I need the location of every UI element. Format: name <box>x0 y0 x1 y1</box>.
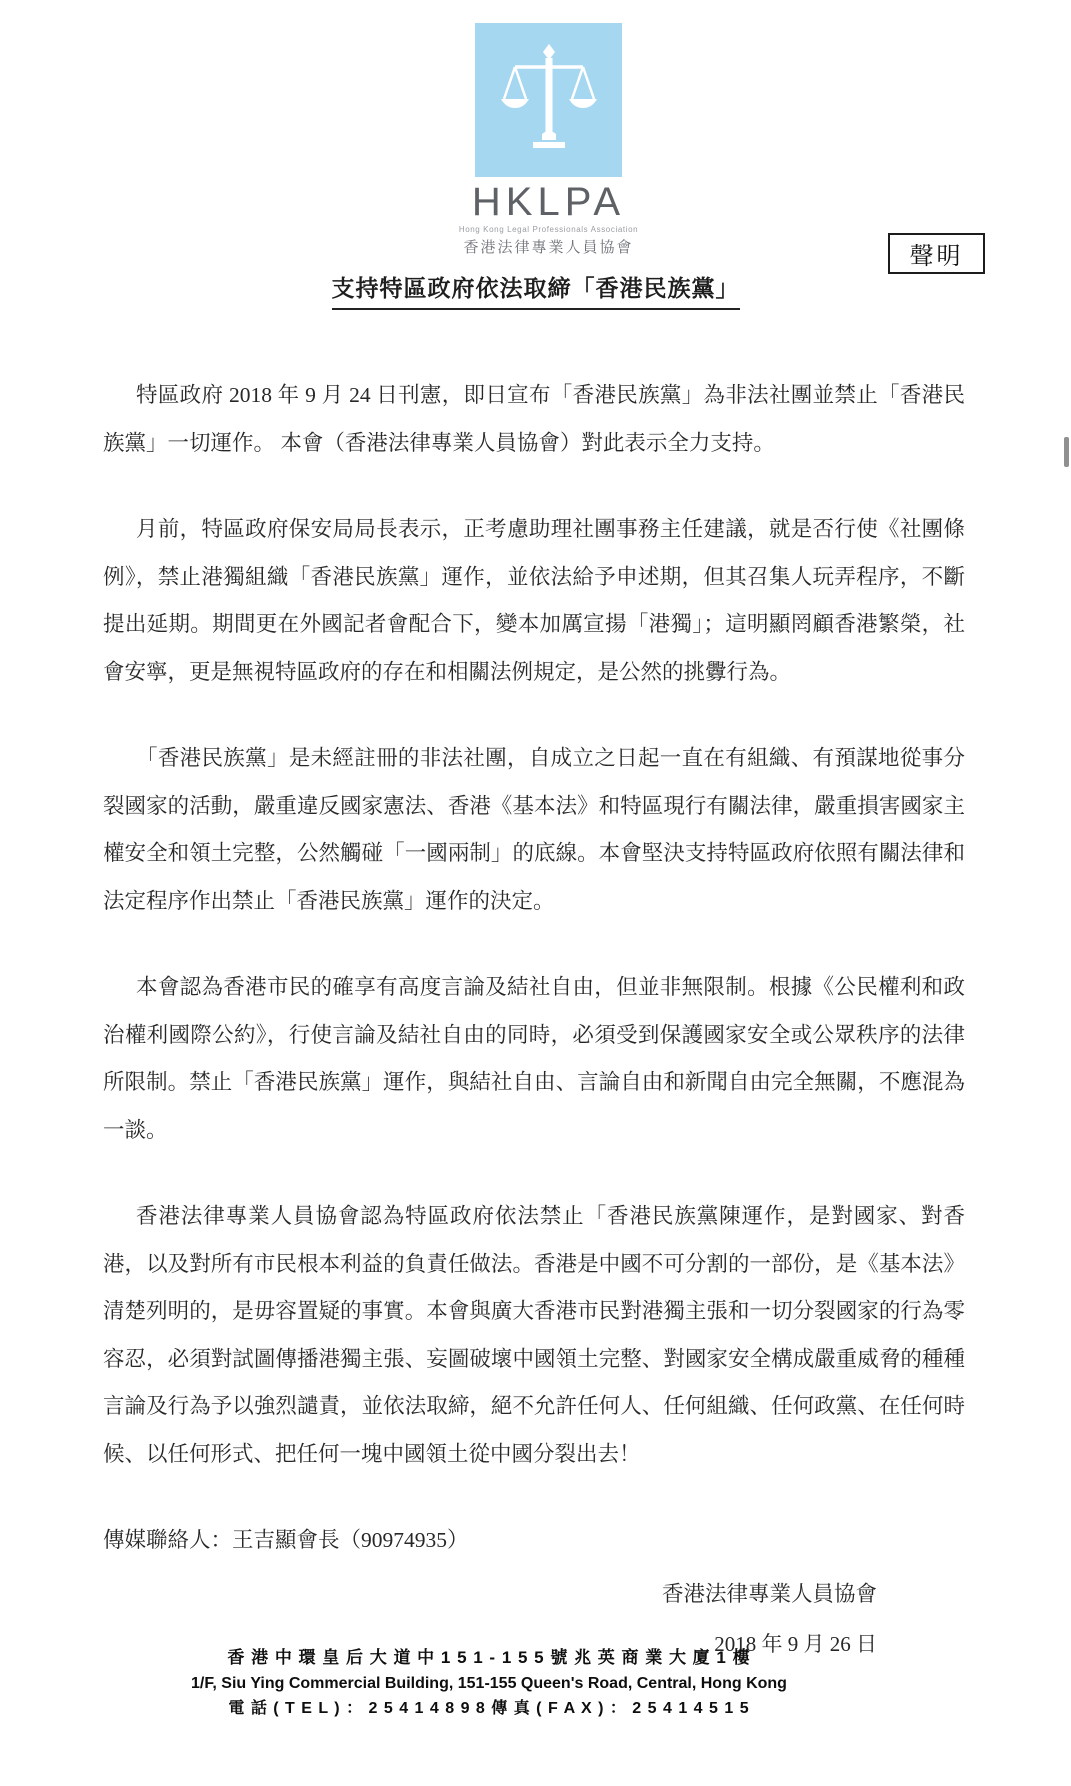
signature-org: 香港法律專業人員協會 <box>103 1571 877 1619</box>
body-paragraph-4: 本會認為香港市民的確享有高度言論及結社自由，但並非無限制。根據《公民權利和政治權… <box>103 964 965 1154</box>
footer-address-english: 1/F, Siu Ying Commercial Building, 151-1… <box>103 1671 875 1696</box>
scales-of-justice-icon <box>499 42 599 159</box>
scrollbar-thumb[interactable] <box>1064 437 1069 467</box>
document-body: 特區政府 2018 年 9 月 24 日刊憲，即日宣布「香港民族黨」為非法社團並… <box>103 372 965 1669</box>
body-paragraph-1: 特區政府 2018 年 9 月 24 日刊憲，即日宣布「香港民族黨」為非法社團並… <box>103 372 965 467</box>
title-row: 支持特區政府依法取締「香港民族黨」 <box>0 270 1071 310</box>
hklpa-logo <box>475 23 622 177</box>
org-acronym: HKLPA <box>26 180 1071 224</box>
statement-stamp: 聲明 <box>888 233 985 274</box>
footer-tel-fax: 電 話 ( T E L ) ： 2 5 4 1 4 8 9 8 傳 真 ( F … <box>103 1696 875 1721</box>
media-contact-line: 傳媒聯絡人：王吉顯會長（90974935） <box>103 1517 965 1565</box>
body-paragraph-5: 香港法律專業人員協會認為特區政府依法禁止「香港民族黨陳運作，是對國家、對香港，以… <box>103 1193 965 1478</box>
logo-block: HKLPA Hong Kong Legal Professionals Asso… <box>0 0 1071 258</box>
footer-address-chinese: 香 港 中 環 皇 后 大 道 中 1 5 1 - 1 5 5 號 兆 英 商 … <box>103 1645 875 1671</box>
body-paragraph-3: 「香港民族黨」是未經註冊的非法社團，自成立之日起一直在有組織、有預謀地從事分裂國… <box>103 735 965 925</box>
statement-document: HKLPA Hong Kong Legal Professionals Asso… <box>0 0 1071 1786</box>
body-paragraph-2: 月前，特區政府保安局局長表示，正考慮助理社團事務主任建議，就是否行使《社團條例》… <box>103 506 965 696</box>
document-title: 支持特區政府依法取締「香港民族黨」 <box>332 270 740 310</box>
statement-stamp-label: 聲明 <box>910 236 964 271</box>
letterhead-footer: 香 港 中 環 皇 后 大 道 中 1 5 1 - 1 5 5 號 兆 英 商 … <box>103 1645 875 1721</box>
